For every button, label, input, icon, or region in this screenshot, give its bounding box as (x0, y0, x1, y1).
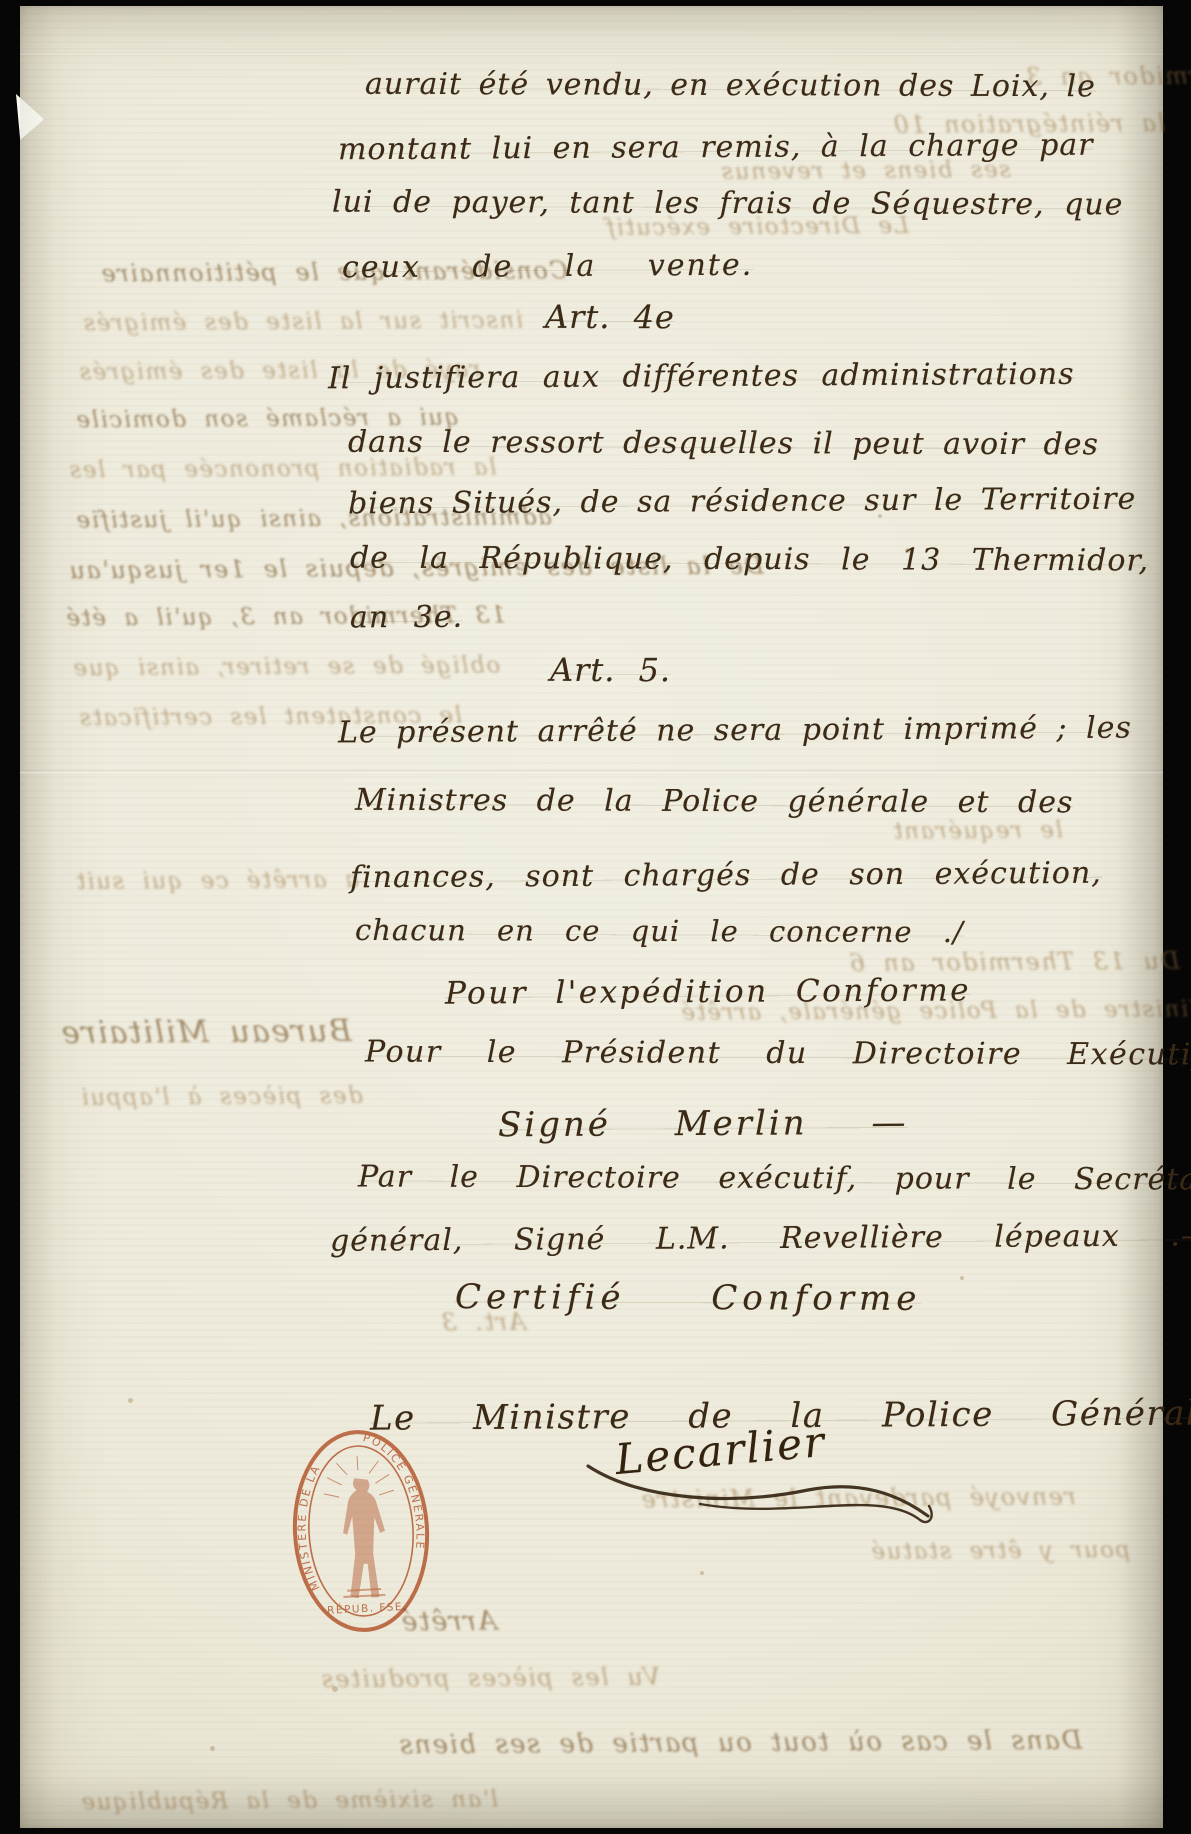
foxing-spot (332, 1686, 338, 1692)
bleedthrough-line: Dans le cas où tout ou partie de ses bie… (398, 1726, 1082, 1761)
stamp-figure-silhouette (340, 1477, 388, 1599)
manuscript-line: finances, sont chargés de son exécution, (350, 856, 1102, 896)
bleedthrough-line: pour y être statué (870, 1537, 1130, 1565)
manuscript-line: lui de payer, tant les frais de Séquestr… (332, 185, 1124, 223)
stamp-bottom-text: RÉPUB. FSE (327, 1600, 404, 1617)
bleedthrough-line: des pièces à l'appui (80, 1083, 363, 1111)
manuscript-line: dans le ressort desquelles il peut avoir… (348, 425, 1099, 463)
certification-line: Certifié Conforme (455, 1277, 922, 1319)
manuscript-line: biens Situés, de sa résidence sur le Ter… (348, 482, 1137, 522)
article-heading: Art. 4e (545, 298, 675, 336)
svg-text:MINISTÈRE DE LA: MINISTÈRE DE LA (292, 1462, 330, 1594)
closing-formula: Pour l'expédition Conforme (445, 972, 971, 1011)
stamp-pedestal (343, 1589, 385, 1597)
signed-merlin-line: Signé Merlin — (498, 1103, 909, 1146)
bleedthrough-line: l'an sixième de la République (80, 1787, 498, 1816)
manuscript-line: chacun en ce qui le concerne ./ (355, 913, 964, 949)
manuscript-line: de la République, depuis le 13 Thermidor… (350, 541, 1149, 579)
foxing-spot (960, 1276, 964, 1280)
manuscript-line: ceux de la vente. (342, 248, 753, 286)
bleedthrough-line: a arrêté ce qui suit (75, 867, 359, 895)
manuscript-line: Ministres de la Police générale et des (355, 783, 1073, 821)
fold-crease (20, 52, 1163, 56)
manuscript-line: Le présent arrêté ne sera point imprimé … (338, 711, 1132, 751)
bleedthrough-line: inscrit sur la liste des émigrés (82, 307, 523, 336)
closing-formula: Pour le Président du Directoire Exécutif (365, 1035, 1191, 1073)
article-heading: Art. 5. (550, 651, 671, 689)
foxing-spot (128, 1398, 133, 1403)
closing-formula: Par le Directoire exécutif, pour le Secr… (358, 1159, 1191, 1197)
stamp-arc-left-text: MINISTÈRE DE LA (292, 1462, 330, 1594)
manuscript-line: Il justifiera aux différentes administra… (328, 357, 1075, 397)
manuscript-line: montant lui en sera remis, à la charge p… (338, 128, 1094, 168)
manuscript-line: aurait été vendu, en exécution des Loix,… (365, 67, 1096, 105)
ministry-stamp: MINISTÈRE DE LA POLICE GÉNÉRALE RÉPUB. F… (283, 1422, 440, 1639)
signed-revelliere-line: général, Signé L.M. Revellière lépeaux .… (330, 1218, 1191, 1258)
foxing-spot (700, 1571, 704, 1575)
document-page: et Thermidor an 3 la réintégration 10 se… (20, 6, 1163, 1828)
foxing-spot (210, 1746, 215, 1751)
bleedthrough-line: Vu les pièces produites (320, 1663, 660, 1693)
manuscript-line: an 3e. (350, 600, 463, 636)
scan-background: et Thermidor an 3 la réintégration 10 se… (0, 0, 1191, 1834)
bleedthrough-line: le requérant (892, 817, 1063, 844)
fold-crease (20, 770, 1163, 775)
signature-flourish (580, 1444, 940, 1540)
bleedthrough-line: obligé de se retirer, ainsi que (72, 653, 500, 682)
bleedthrough-line: Bureau Militaire (60, 1013, 352, 1051)
paper-tear (16, 94, 44, 140)
